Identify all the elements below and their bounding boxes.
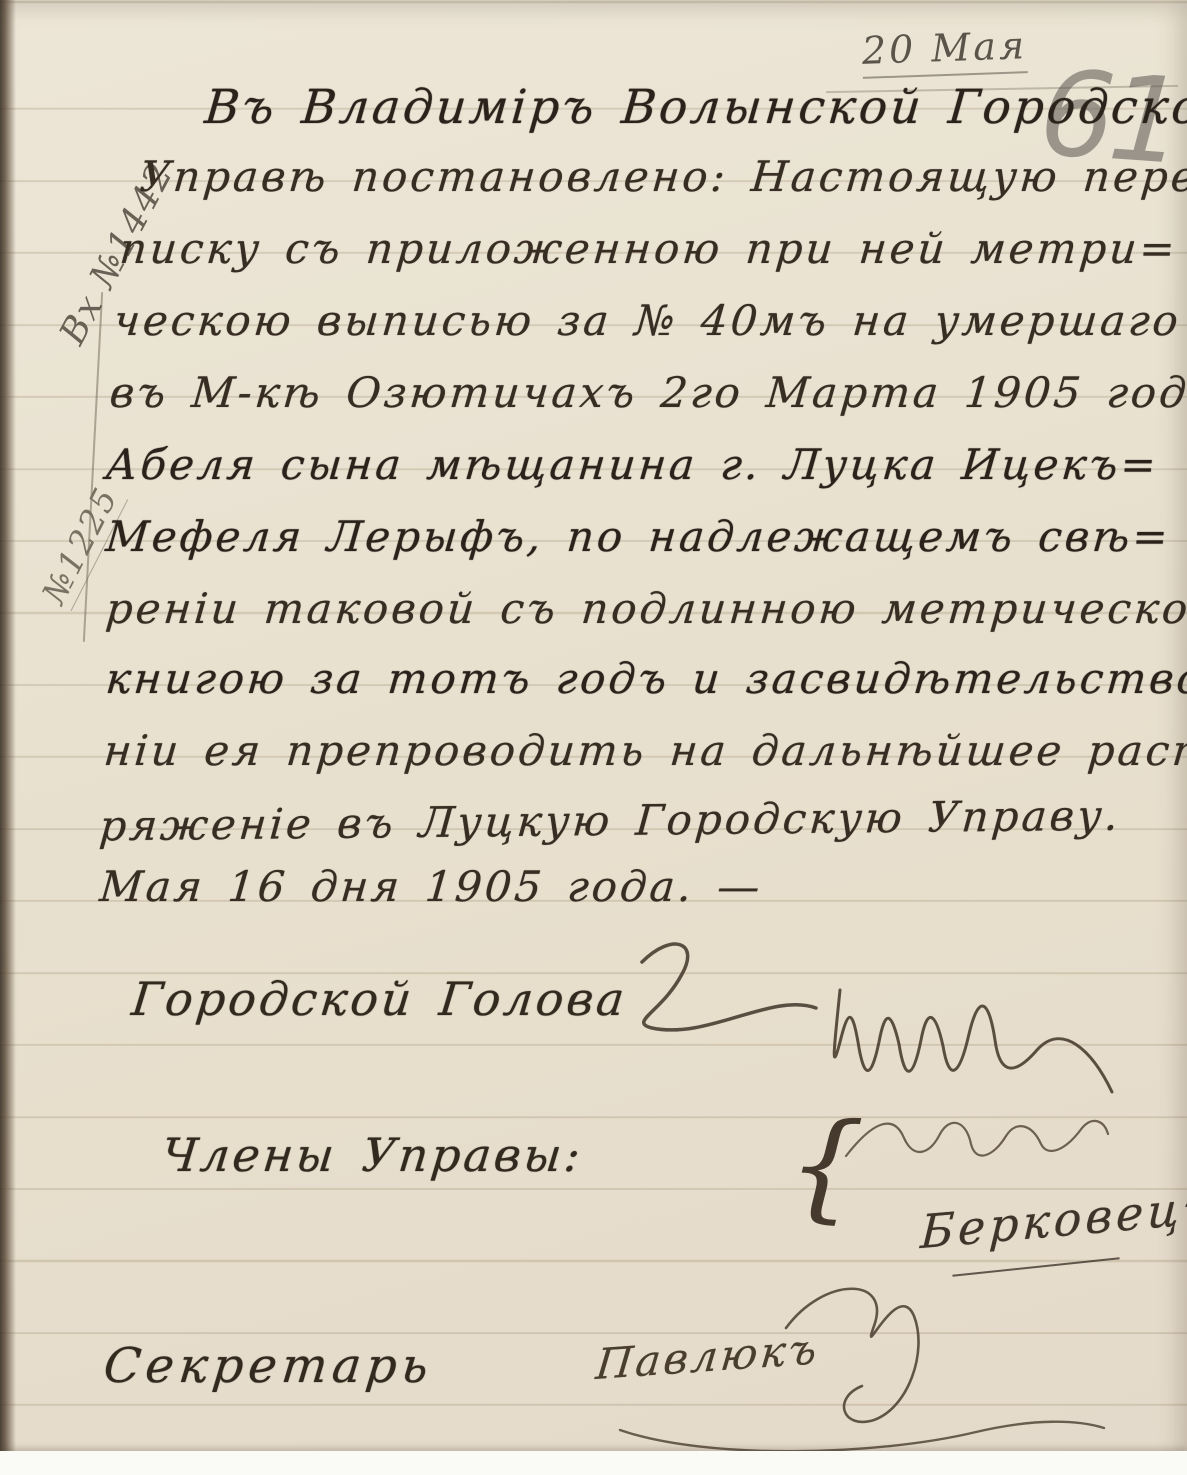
manuscript-line: въ М-кѣ Озютичахъ 2го Марта 1905 года: [108, 368, 1187, 417]
manuscript-line: Абеля сына мѣщанина г. Луцка Ицекъ=: [104, 440, 1161, 489]
scan-bottom-strip: [0, 1451, 1187, 1475]
manuscript-line: книгою за тотъ годъ и засвидѣтельствова=: [104, 654, 1187, 703]
member-signature: Берковецъ: [919, 1179, 1187, 1259]
manuscript-line: Въ Владиміръ Волынской Городской: [203, 80, 1187, 135]
pencil-date-note: 20 Мая: [861, 23, 1028, 79]
members-title-label: Члены Управы:: [159, 1128, 586, 1182]
manuscript-line: Управѣ постановлено: Настоящую пере=: [138, 152, 1187, 201]
member-signature-small: [836, 1098, 1116, 1178]
manuscript-line: ряженіе въ Луцкую Городскую Управу.: [98, 791, 1123, 851]
manuscript-line: ніи ея препроводить на дальнѣйшее распо=: [102, 726, 1187, 775]
manuscript-line: Мая 16 дня 1905 года. —: [98, 862, 765, 911]
manuscript-line: писку съ приложенною при ней метри=: [118, 224, 1180, 273]
secretary-title-label: Секретарь: [101, 1338, 436, 1394]
manuscript-line: реніи таковой съ подлинною метрическою: [104, 584, 1187, 633]
manuscript-line: Мефеля Лерыфъ, по надлежащемъ свѣ=: [104, 512, 1173, 561]
scanned-manuscript-page: 20 Мая 61 Вх №1442 №1225 Въ Владиміръ Во…: [0, 0, 1187, 1475]
secretary-signature-flourish: [556, 1268, 1136, 1468]
mayor-title-label: Городской Голова: [129, 972, 630, 1026]
scan-gutter-edge: [0, 0, 16, 1451]
manuscript-line: ческою выписью за № 40мъ на умершаго: [112, 296, 1183, 345]
